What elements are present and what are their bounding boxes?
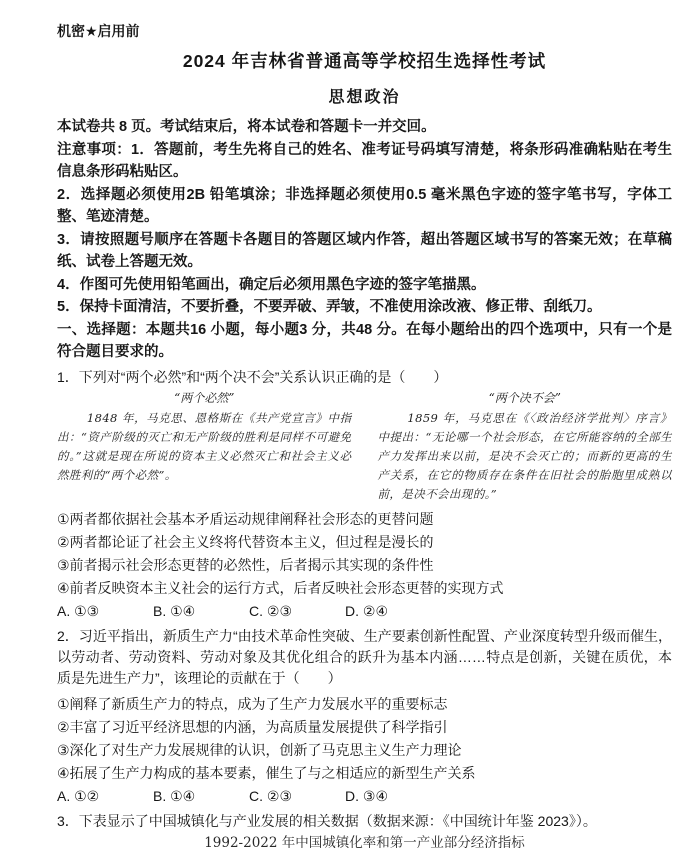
statement-item: ①两者都依据社会基本矛盾运动规律阐释社会形态的更替问题 <box>57 508 672 531</box>
statement-item: ②两者都论证了社会主义终将代替资本主义，但过程是漫长的 <box>57 531 672 554</box>
exam-subject: 思想政治 <box>57 84 672 107</box>
notice-item-4: 4．作图可先使用铅笔画出，确定后必须用黑色字迹的签字笔描黑。 <box>57 274 672 297</box>
option-c: C. ②③ <box>249 600 345 623</box>
exam-title: 2024 年吉林省普通高等学校招生选择性考试 <box>57 48 672 73</box>
option-c: C. ②③ <box>249 785 345 808</box>
statement-item: ③前者揭示社会形态更替的必然性，后者揭示其实现的条件性 <box>57 554 672 577</box>
question-1-options-row: A. ①③ B. ①④ C. ②③ D. ②④ <box>57 600 672 623</box>
table-caption: 1992-2022 年中国城镇化率和第一产业部分经济指标 <box>57 834 672 848</box>
statement-item: ①阐释了新质生产力的特点，成为了生产力发展水平的重要标志 <box>57 693 672 716</box>
question-1-quote-panels: “两个必然” 1848 年，马克思、恩格斯在《共产党宣言》中指出：“资产阶级的灭… <box>57 390 672 504</box>
statement-item: ④拓展了生产力构成的基本要素，催生了与之相适应的新型生产关系 <box>57 762 672 785</box>
panel-two-inevitables: “两个必然” 1848 年，马克思、恩格斯在《共产党宣言》中指出：“资产阶级的灭… <box>57 390 352 504</box>
statement-item: ③深化了对生产力发展规律的认识，创新了马克思主义生产力理论 <box>57 739 672 762</box>
notice-item-2: 2．选择题必须使用2B 铅笔填涂；非选择题必须使用0.5 毫米黑色字迹的签字笔书… <box>57 184 672 229</box>
panel-body: 1859 年，马克思在《〈政治经济学批判〉序言》中提出：“无论哪一个社会形态，在… <box>378 409 673 504</box>
panel-body: 1848 年，马克思、恩格斯在《共产党宣言》中指出：“资产阶级的灭亡和无产阶级的… <box>57 409 352 485</box>
option-b: B. ①④ <box>153 600 249 623</box>
question-2-stem: 2．习近平指出，新质生产力“由技术革命性突破、生产要素创新性配置、产业深度转型升… <box>57 626 672 689</box>
panel-title: “两个必然” <box>57 390 352 407</box>
question-1-statements: ①两者都依据社会基本矛盾运动规律阐释社会形态的更替问题 ②两者都论证了社会主义终… <box>57 508 672 600</box>
panel-two-nevers: “两个决不会” 1859 年，马克思在《〈政治经济学批判〉序言》中提出：“无论哪… <box>378 390 673 504</box>
question-2-statements: ①阐释了新质生产力的特点，成为了生产力发展水平的重要标志 ②丰富了习近平经济思想… <box>57 693 672 785</box>
statement-item: ②丰富了习近平经济思想的内涵，为高质量发展提供了科学指引 <box>57 716 672 739</box>
section-heading: 一、选择题：本题共16 小题，每小题3 分，共48 分。在每小题给出的四个选项中… <box>57 319 672 364</box>
intro-line: 本试卷共 8 页。考试结束后，将本试卷和答题卡一并交回。 <box>57 116 672 139</box>
question-2-options-row: A. ①② B. ①④ C. ②③ D. ③④ <box>57 785 672 808</box>
classification-label: 机密★启用前 <box>57 21 672 41</box>
option-b: B. ①④ <box>153 785 249 808</box>
question-1-stem: 1．下列对“两个必然”和“两个决不会”关系认识正确的是（ ） <box>57 367 672 388</box>
option-d: D. ③④ <box>345 785 388 808</box>
statement-item: ④前者反映资本主义社会的运行方式，后者反映社会形态更替的实现方式 <box>57 577 672 600</box>
notice-item-1: 注意事项：1．答题前，考生先将自己的姓名、准考证号码填写清楚，将条形码准确粘贴在… <box>57 139 672 184</box>
option-a: A. ①② <box>57 785 153 808</box>
option-d: D. ②④ <box>345 600 388 623</box>
exam-page: 机密★启用前 2024 年吉林省普通高等学校招生选择性考试 思想政治 本试卷共 … <box>0 0 689 848</box>
notice-item-5: 5．保持卡面清洁，不要折叠，不要弄破、弄皱，不准使用涂改液、修正带、刮纸刀。 <box>57 296 672 319</box>
question-3-stem: 3．下表显示了中国城镇化与产业发展的相关数据（数据来源：《中国统计年鉴 2023… <box>57 811 672 832</box>
option-a: A. ①③ <box>57 600 153 623</box>
notice-item-3: 3．请按照题号顺序在答题卡各题目的答题区域内作答，超出答题区域书写的答案无效；在… <box>57 229 672 274</box>
panel-title: “两个决不会” <box>378 390 673 407</box>
